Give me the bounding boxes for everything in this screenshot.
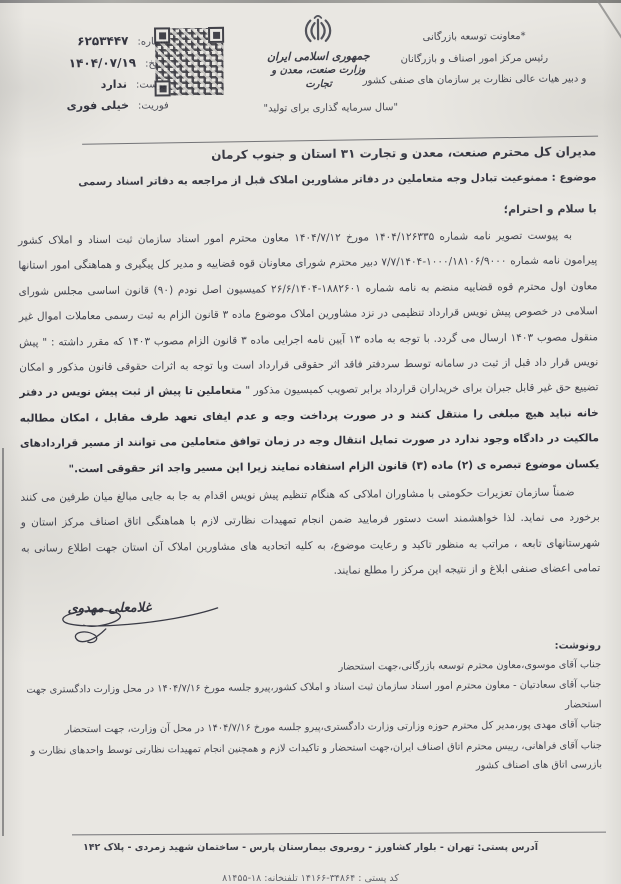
paragraph-1-quoted-bold: متعاملین تا پیش از ثبت پیش نویس در دفتر … <box>19 385 599 475</box>
qr-finder-icon <box>155 80 171 96</box>
letterhead-right: *معاونت توسعه بازرگانی رئیس مرکز امور اص… <box>356 25 593 92</box>
letter-content: شماره: ۶۲۵۳۴۴۷ تاریخ: ۱۴۰۴/۰۷/۱۹ پیوست: … <box>0 0 621 884</box>
meta-date-row: تاریخ: ۱۴۰۴/۰۷/۱۹ <box>8 55 168 71</box>
scanned-letter-page: شماره: ۶۲۵۳۴۴۷ تاریخ: ۱۴۰۴/۰۷/۱۹ پیوست: … <box>0 0 621 884</box>
letterhead-line: *معاونت توسعه بازرگانی <box>356 25 592 49</box>
iran-emblem-icon <box>301 12 335 48</box>
salutation-line: با سلام و احترام؛ <box>18 202 597 221</box>
date-value: ۱۴۰۴/۰۷/۱۹ <box>69 56 136 71</box>
urgency-label: فوریت: <box>138 100 169 111</box>
qr-finder-icon <box>208 27 224 43</box>
body-paragraph-1: به پیوست تصویر نامه شماره ۱۴۰۴/۱۲۶۳۳۵ مو… <box>18 223 599 483</box>
qr-finder-icon <box>154 27 170 43</box>
meta-attachment-row: پیوست: ندارد <box>9 77 169 92</box>
paragraph-1-text: به پیوست تصویر نامه شماره ۱۴۰۴/۱۲۶۳۳۵ مو… <box>18 229 599 397</box>
letter-body: مدیران کل محترم صنعت، معدن و تجارت ۳۱ اس… <box>17 144 602 781</box>
footer-postal-line: کد پستی : ۳۴۸۶۴-۱۴۱۶۶ تلفنخانه: ۱۸-۸۱۴۵۵ <box>0 873 621 884</box>
letterhead-line: و دبیر هیات عالی نظارت بر سازمان های صنف… <box>356 68 592 92</box>
cc-item: جناب آقای فراهانی، رییس محترم اتاق اصناف… <box>23 736 602 781</box>
year-slogan: "سال سرمایه گذاری برای تولید" <box>233 102 429 115</box>
letterhead-line: رئیس مرکز امور اصناف و بازرگانان <box>356 47 592 71</box>
meta-number-row: شماره: ۶۲۵۳۴۴۷ <box>8 33 168 49</box>
addressee-line: مدیران کل محترم صنعت، معدن و تجارت ۳۱ اس… <box>17 144 596 164</box>
attachment-value: ندارد <box>101 78 127 91</box>
qr-code <box>155 28 224 96</box>
body-paragraph-2: ضمناً سازمان تعزیرات حکومتی با مشاوران ا… <box>20 480 600 587</box>
signature-block: غلامعلی مهدوی <box>21 592 600 644</box>
number-value: ۶۲۵۳۴۴۷ <box>77 34 128 48</box>
cc-item: جناب آقای سعادتیان - معاون محترم امور اس… <box>22 675 601 720</box>
urgency-value: خیلی فوری <box>67 99 130 113</box>
meta-urgency-row: فوریت: خیلی فوری <box>9 98 169 113</box>
letter-meta-block: شماره: ۶۲۵۳۴۴۷ تاریخ: ۱۴۰۴/۰۷/۱۹ پیوست: … <box>8 33 169 121</box>
header-divider <box>82 136 598 145</box>
footer-address: آدرس پستی: تهران - بلوار کشاورز - روبروی… <box>0 842 621 853</box>
signer-name: غلامعلی مهدوی <box>68 600 152 616</box>
subject-line: موضوع : ممنوعیت تبادل وجه متعاملین در دف… <box>17 171 596 189</box>
